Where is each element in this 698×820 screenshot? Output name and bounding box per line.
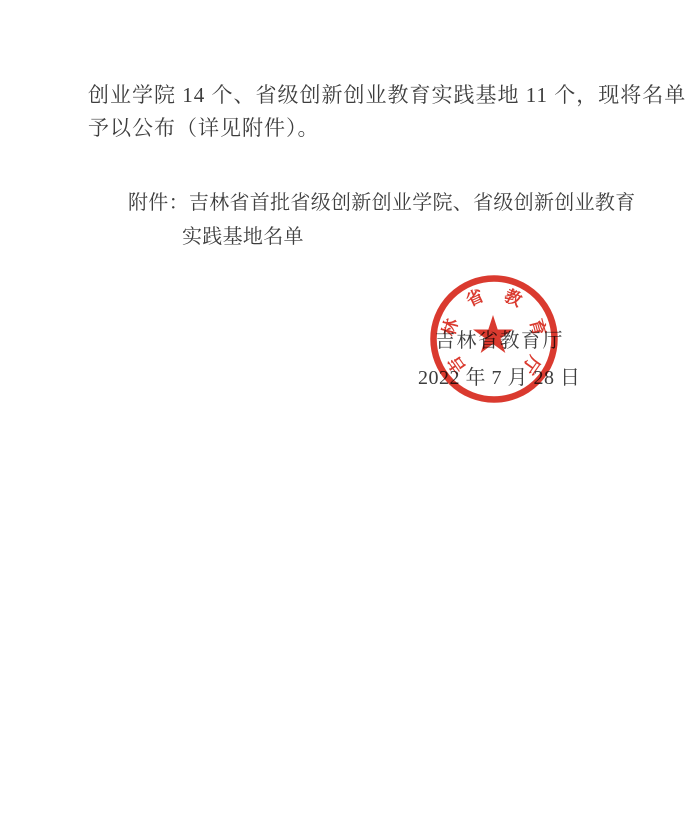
body-paragraph-line-2: 予以公布（详见附件）。 (88, 118, 320, 139)
issue-date: 2022 年 7 月 28 日 (418, 368, 581, 388)
attachment-reference-line-1: 附件：吉林省首批省级创新创业学院、省级创新创业教育 (128, 193, 636, 213)
issuing-authority-name: 吉林省教育厅 (435, 331, 564, 351)
document-page: 创业学院 14 个、省级创新创业教育实践基地 11 个，现将名单 予以公布（详见… (0, 0, 698, 820)
seal-char-4: 教 (501, 285, 526, 311)
seal-char-3: 省 (463, 285, 487, 310)
body-paragraph-line-1: 创业学院 14 个、省级创新创业教育实践基地 11 个，现将名单 (88, 85, 686, 106)
attachment-reference-line-2: 实践基地名单 (182, 227, 304, 247)
